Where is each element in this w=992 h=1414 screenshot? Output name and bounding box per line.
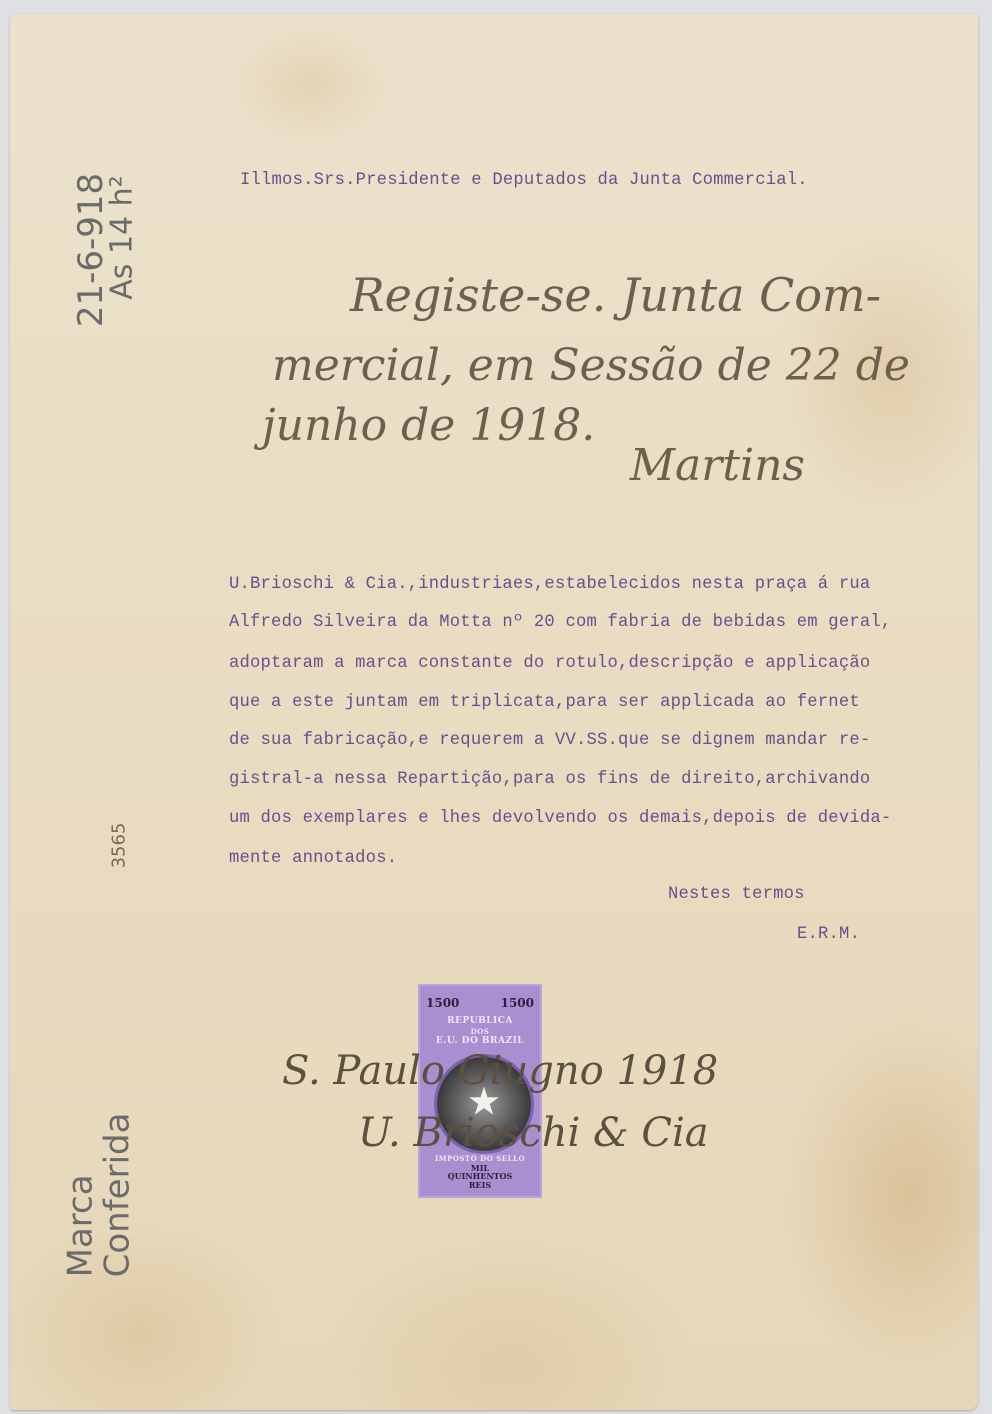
body-line: U.Brioschi & Cia.,industriaes,estabeleci… xyxy=(229,576,870,593)
stamp-value-left: 1500 xyxy=(426,996,459,1010)
dispatch-line-2: mercial, em Sessão de 22 de xyxy=(272,340,910,391)
firm-signature: U. Brioschi & Cia xyxy=(358,1110,709,1156)
place-date: S. Paulo Giugno 1918 xyxy=(282,1048,718,1094)
stamp-value-right: 1500 xyxy=(501,996,534,1010)
stamp-line-1: REPUBLICA xyxy=(420,1016,540,1026)
margin-bottom-note: Marca Conferida xyxy=(63,1077,138,1277)
body-line: adoptaram a marca constante do rotulo,de… xyxy=(229,655,870,672)
salutation: Illmos.Srs.Presidente e Deputados da Jun… xyxy=(240,172,808,189)
stamp-denomination: MIL QUINHENTOS REIS xyxy=(420,1164,540,1190)
dispatch-signature: Martins xyxy=(630,440,805,491)
body-line: um dos exemplares e lhes devolvendo os d… xyxy=(229,810,891,827)
dispatch-line-1: Registe-se. Junta Com- xyxy=(350,268,881,322)
body-line: gistral-a nessa Repartição,para os fins … xyxy=(229,771,870,788)
margin-number-note: 3565 xyxy=(108,823,129,869)
body-line: Alfredo Silveira da Motta nº 20 com fabr… xyxy=(229,614,891,631)
document-page xyxy=(10,14,978,1410)
dispatch-line-3: junho de 1918. xyxy=(262,400,595,451)
body-line: mente annotados. xyxy=(229,850,397,867)
body-line: que a este juntam em triplicata,para ser… xyxy=(229,694,860,711)
closing-abbrev: E.R.M. xyxy=(797,926,860,943)
stamp-line-2: DOS xyxy=(420,1027,540,1036)
margin-ref-note: As 14 h² xyxy=(105,175,140,299)
body-line: de sua fabricação,e requerem a VV.SS.que… xyxy=(229,732,870,749)
closing-text: Nestes termos xyxy=(668,886,805,903)
stamp-line-3: E.U. DO BRAZIL xyxy=(420,1036,540,1046)
